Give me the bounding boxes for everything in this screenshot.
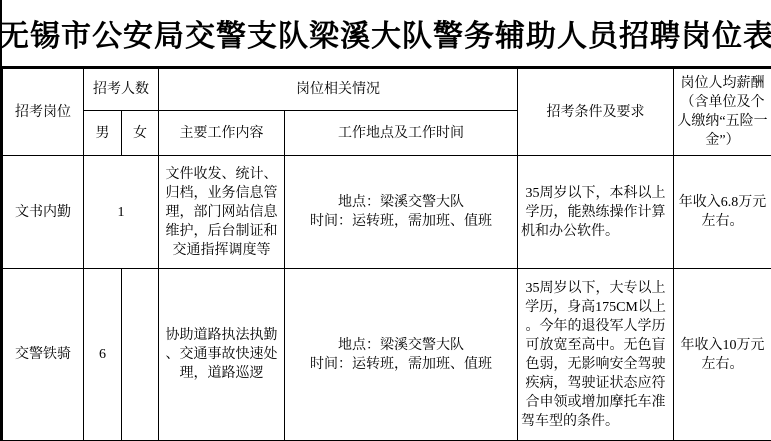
header-male: 男 [84,111,122,156]
header-job-content: 主要工作内容 [159,111,285,156]
header-requirements: 招考条件及要求 [518,69,674,156]
header-location-time: 工作地点及工作时间 [285,111,518,156]
location-line: 地点：梁溪交警大队 [288,336,514,355]
cell-requirements: 35周岁以下，大专以上学历，身高175CM以上。今年的退役军人学历可放宽至高中。… [518,269,674,441]
document-title: 无锡市公安局交警支队梁溪大队警务辅助人员招聘岗位表 [2,0,771,68]
cell-location-time: 地点：梁溪交警大队 时间：运转班，需加班、值班 [285,156,518,269]
header-female: 女 [122,111,159,156]
cell-salary: 年收入10万元左右。 [674,269,771,441]
header-position: 招考岗位 [3,69,84,156]
table-row: 交警铁骑 6 协助道路执法执勤、交通事故快速处理，道路巡逻 地点：梁溪交警大队 … [3,269,771,441]
cell-position: 文书内勤 [3,156,84,269]
cell-job-content: 协助道路执法执勤、交通事故快速处理，道路巡逻 [159,269,285,441]
cell-salary: 年收入6.8万元左右。 [674,156,771,269]
location-line: 地点：梁溪交警大队 [288,193,514,212]
cell-male-count: 6 [84,269,122,441]
header-row-1: 招考岗位 招考人数 岗位相关情况 招考条件及要求 岗位人均薪酬（含单位及个人缴纳… [3,69,771,111]
cell-female-count [122,269,159,441]
cell-job-content: 文件收发、统计、归档，业务信息管理，部门网站信息维护，后台制证和交通指挥调度等 [159,156,285,269]
document-page: 无锡市公安局交警支队梁溪大队警务辅助人员招聘岗位表 招考岗位 招考人数 岗位相关… [0,0,771,441]
cell-location-time: 地点：梁溪交警大队 时间：运转班，需加班、值班 [285,269,518,441]
header-salary: 岗位人均薪酬（含单位及个人缴纳“五险一金”） [674,69,771,156]
header-count-group: 招考人数 [84,69,159,111]
time-line: 时间：运转班，需加班、值班 [288,212,514,231]
cell-position: 交警铁骑 [3,269,84,441]
time-line: 时间：运转班，需加班、值班 [288,355,514,374]
cell-requirements: 35周岁以下，本科以上学历，能熟练操作计算机和办公软件。 [518,156,674,269]
header-job-info-group: 岗位相关情况 [159,69,518,111]
table-row: 文书内勤 1 文件收发、统计、归档，业务信息管理，部门网站信息维护，后台制证和交… [3,156,771,269]
cell-count-total: 1 [84,156,159,269]
recruitment-table: 招考岗位 招考人数 岗位相关情况 招考条件及要求 岗位人均薪酬（含单位及个人缴纳… [2,68,771,441]
